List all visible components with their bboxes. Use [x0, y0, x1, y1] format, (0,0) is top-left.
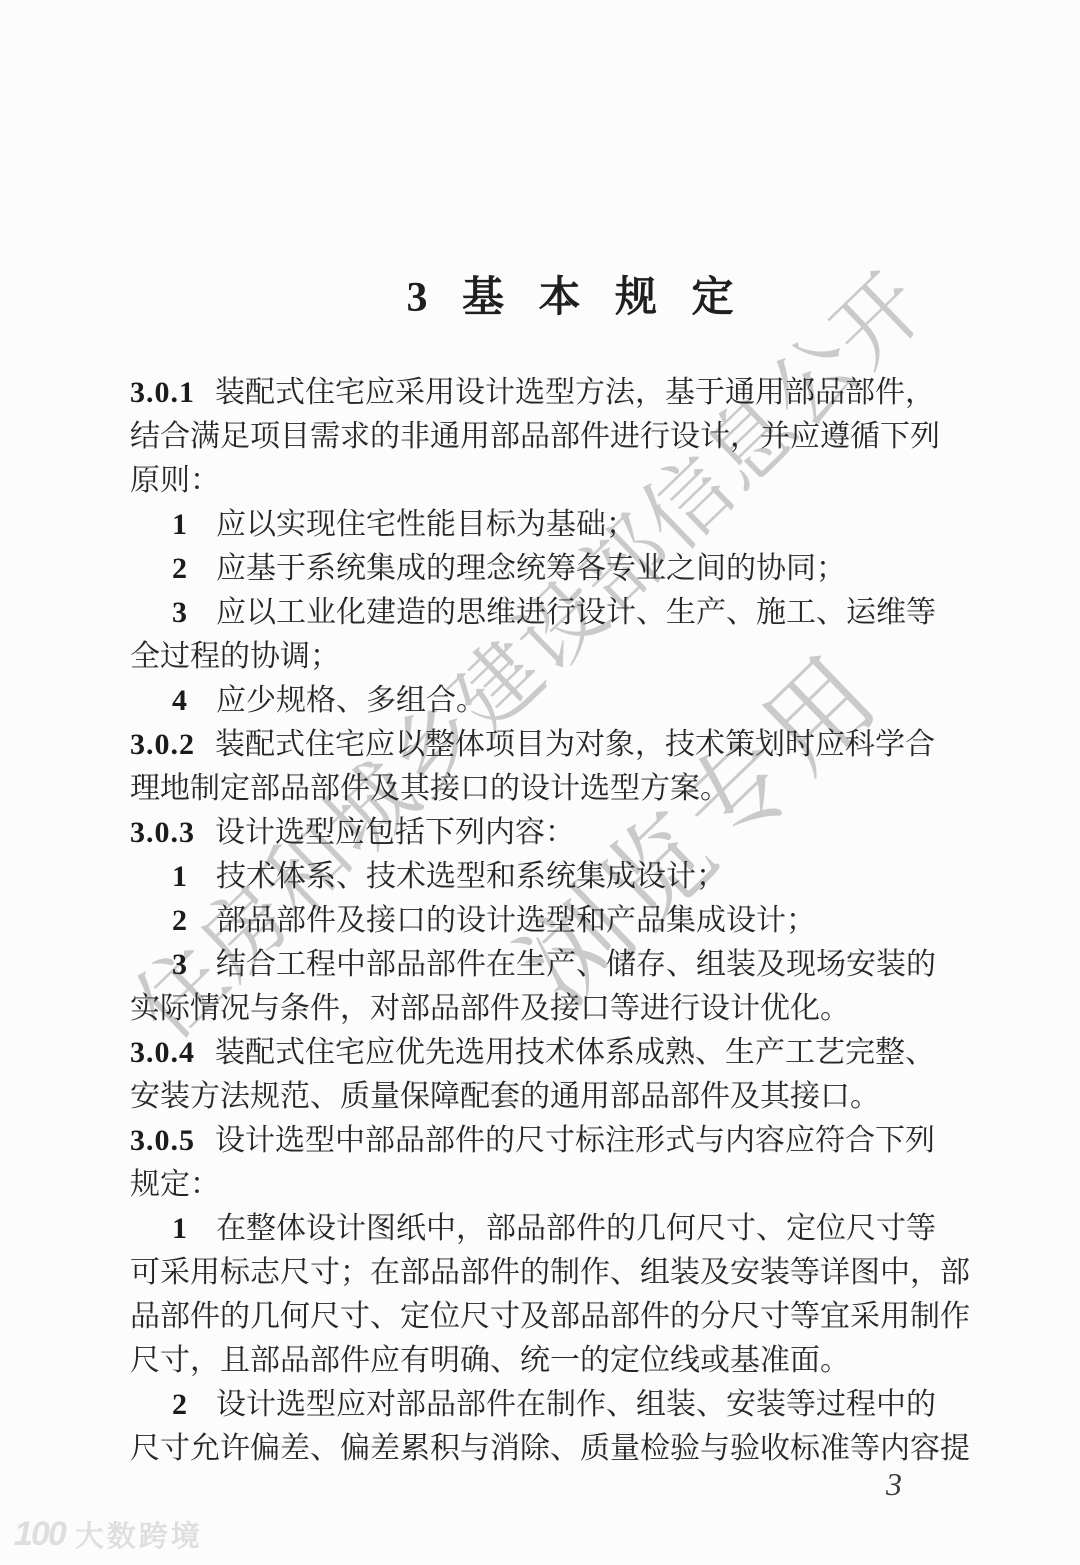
- line-text: 应少规格、多组合。: [216, 684, 486, 717]
- text-line: 尺寸，且部品部件应有明确、统一的定位线或基准面。: [130, 1339, 954, 1383]
- clause-line: 3.0.3设计选型应包括下列内容：: [130, 811, 954, 855]
- clause-number: 3.0.2: [130, 728, 195, 761]
- clause-number: 3.0.5: [130, 1124, 195, 1157]
- text-line: 全过程的协调；: [130, 635, 954, 679]
- line-text: 可采用标志尺寸；在部品部件的制作、组装及安装等详图中，部: [130, 1256, 970, 1289]
- line-text: 品部件的几何尺寸、定位尺寸及部品部件的分尺寸等宜采用制作: [130, 1300, 970, 1333]
- page-number: 3: [886, 1466, 902, 1503]
- clause-line: 3应以工业化建造的思维进行设计、生产、施工、运维等: [130, 591, 954, 635]
- line-text: 装配式住宅应采用设计选型方法，基于通用部品部件，: [215, 376, 935, 409]
- line-text: 原则：: [130, 464, 220, 497]
- line-text: 规定：: [130, 1168, 220, 1201]
- line-text: 结合工程中部品部件在生产、储存、组装及现场安装的: [216, 948, 936, 981]
- clause-number: 3: [172, 948, 188, 981]
- text-line: 可采用标志尺寸；在部品部件的制作、组装及安装等详图中，部: [130, 1251, 954, 1295]
- clause-line: 1在整体设计图纸中，部品部件的几何尺寸、定位尺寸等: [130, 1207, 954, 1251]
- text-line: 原则：: [130, 459, 954, 503]
- text-line: 理地制定部品部件及其接口的设计选型方案。: [130, 767, 954, 811]
- clause-number: 3: [172, 596, 188, 629]
- text-line: 实际情况与条件，对部品部件及接口等进行设计优化。: [130, 987, 954, 1031]
- logo-brand-text: 大数跨境: [75, 1514, 203, 1555]
- clause-number: 1: [172, 1212, 188, 1245]
- line-text: 安装方法规范、质量保障配套的通用部品部件及其接口。: [130, 1080, 880, 1113]
- line-text: 装配式住宅应优先选用技术体系成熟、生产工艺完整、: [215, 1036, 935, 1069]
- line-text: 应以实现住宅性能目标为基础；: [216, 508, 636, 541]
- line-text: 在整体设计图纸中，部品部件的几何尺寸、定位尺寸等: [216, 1212, 936, 1245]
- clause-line: 2应基于系统集成的理念统筹各专业之间的协同；: [130, 547, 954, 591]
- clause-line: 3.0.5设计选型中部品部件的尺寸标注形式与内容应符合下列: [130, 1119, 954, 1163]
- line-text: 装配式住宅应以整体项目为对象，技术策划时应科学合: [215, 728, 935, 761]
- line-text: 应基于系统集成的理念统筹各专业之间的协同；: [216, 552, 846, 585]
- logo-100-icon: 100: [14, 1515, 65, 1554]
- chapter-title: 3 基 本 规 定: [160, 264, 980, 324]
- line-text: 应以工业化建造的思维进行设计、生产、施工、运维等: [216, 596, 936, 629]
- clause-number: 2: [172, 1388, 188, 1421]
- line-text: 设计选型应包括下列内容：: [215, 816, 575, 849]
- line-text: 部品部件及接口的设计选型和产品集成设计；: [216, 904, 816, 937]
- clause-line: 3结合工程中部品部件在生产、储存、组装及现场安装的: [130, 943, 954, 987]
- clause-number: 3.0.1: [130, 376, 195, 409]
- clause-line: 3.0.4装配式住宅应优先选用技术体系成熟、生产工艺完整、: [130, 1031, 954, 1075]
- clause-number: 1: [172, 508, 188, 541]
- line-text: 理地制定部品部件及其接口的设计选型方案。: [130, 772, 730, 805]
- text-line: 品部件的几何尺寸、定位尺寸及部品部件的分尺寸等宜采用制作: [130, 1295, 954, 1339]
- line-text: 设计选型中部品部件的尺寸标注形式与内容应符合下列: [215, 1124, 935, 1157]
- line-text: 实际情况与条件，对部品部件及接口等进行设计优化。: [130, 992, 850, 1025]
- clause-number: 4: [172, 684, 188, 717]
- clause-line: 1应以实现住宅性能目标为基础；: [130, 503, 954, 547]
- footer-watermark-logo: 100 大数跨境: [14, 1514, 203, 1555]
- text-line: 结合满足项目需求的非通用部品部件进行设计，并应遵循下列: [130, 415, 954, 459]
- clause-line: 2部品部件及接口的设计选型和产品集成设计；: [130, 899, 954, 943]
- line-text: 全过程的协调；: [130, 640, 340, 673]
- text-line: 安装方法规范、质量保障配套的通用部品部件及其接口。: [130, 1075, 954, 1119]
- line-text: 结合满足项目需求的非通用部品部件进行设计，并应遵循下列: [130, 420, 940, 453]
- clause-number: 1: [172, 860, 188, 893]
- clause-line: 1技术体系、技术选型和系统集成设计；: [130, 855, 954, 899]
- text-line: 规定：: [130, 1163, 954, 1207]
- clause-number: 2: [172, 904, 188, 937]
- clause-line: 4应少规格、多组合。: [130, 679, 954, 723]
- line-text: 技术体系、技术选型和系统集成设计；: [216, 860, 726, 893]
- clause-line: 3.0.2装配式住宅应以整体项目为对象，技术策划时应科学合: [130, 723, 954, 767]
- document-page: 住房和城乡建设部信息公开 浏览专用 3 基 本 规 定 3.0.1装配式住宅应采…: [0, 0, 1080, 1565]
- clause-number: 2: [172, 552, 188, 585]
- clause-number: 3.0.4: [130, 1036, 195, 1069]
- line-text: 尺寸允许偏差、偏差累积与消除、质量检验与验收标准等内容提: [130, 1432, 970, 1465]
- body-lines: 3.0.1装配式住宅应采用设计选型方法，基于通用部品部件，结合满足项目需求的非通…: [130, 371, 954, 1471]
- clause-line: 2设计选型应对部品部件在制作、组装、安装等过程中的: [130, 1383, 954, 1427]
- clause-line: 3.0.1装配式住宅应采用设计选型方法，基于通用部品部件，: [130, 371, 954, 415]
- text-line: 尺寸允许偏差、偏差累积与消除、质量检验与验收标准等内容提: [130, 1427, 954, 1471]
- line-text: 尺寸，且部品部件应有明确、统一的定位线或基准面。: [130, 1344, 850, 1377]
- line-text: 设计选型应对部品部件在制作、组装、安装等过程中的: [216, 1388, 936, 1421]
- clause-number: 3.0.3: [130, 816, 195, 849]
